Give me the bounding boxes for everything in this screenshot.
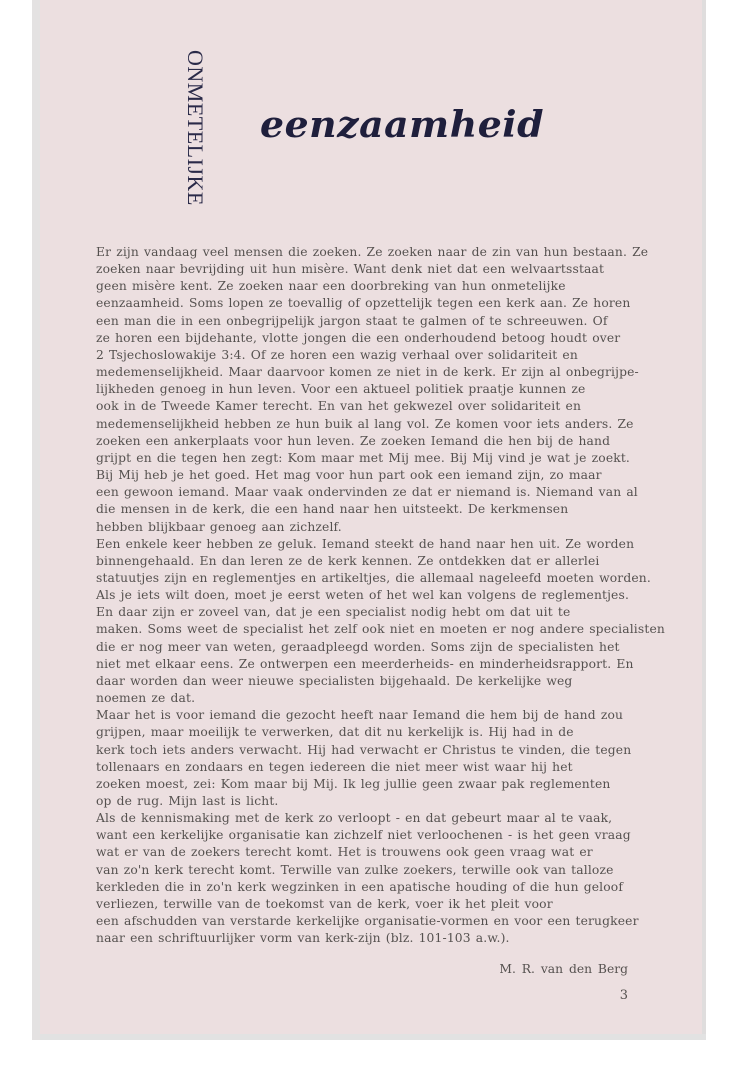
body-line: naar een schriftuurlijker vorm van kerk-… — [96, 930, 696, 947]
body-line: een gewoon iemand. Maar vaak ondervinden… — [96, 484, 696, 501]
document-page: ONMETELIJKE eenzaamheid Er zijn vandaag … — [32, 0, 706, 1040]
body-line: een afschudden van verstarde kerkelijke … — [96, 913, 696, 930]
body-line: van zo'n kerk terecht komt. Terwille van… — [96, 862, 696, 879]
body-line: een man die in een onbegrijpelijk jargon… — [96, 313, 696, 330]
body-line: zoeken naar bevrijding uit hun misère. W… — [96, 261, 696, 278]
author-signature: M. R. van den Berg — [499, 962, 628, 976]
body-line: maken. Soms weet de specialist het zelf … — [96, 621, 696, 638]
body-line: hebben blijkbaar genoeg aan zichzelf. — [96, 519, 696, 536]
body-line: daar worden dan weer nieuwe specialisten… — [96, 673, 696, 690]
body-line: verliezen, terwille van de toekomst van … — [96, 896, 696, 913]
body-line: Een enkele keer hebben ze geluk. Iemand … — [96, 536, 696, 553]
body-line: 2 Tsjechoslowakije 3:4. Of ze horen een … — [96, 347, 696, 364]
body-line: grijpt en die tegen hen zegt: Kom maar m… — [96, 450, 696, 467]
body-line: Er zijn vandaag veel mensen die zoeken. … — [96, 244, 696, 261]
body-line: tollenaars en zondaars en tegen iedereen… — [96, 759, 696, 776]
body-line: binnengehaald. En dan leren ze de kerk k… — [96, 553, 696, 570]
body-line: op de rug. Mijn last is licht. — [96, 793, 696, 810]
body-line: statuutjes zijn en reglementjes en artik… — [96, 570, 696, 587]
body-line: ook in de Tweede Kamer terecht. En van h… — [96, 398, 696, 415]
body-line: En daar zijn er zoveel van, dat je een s… — [96, 604, 696, 621]
body-line: Als je iets wilt doen, moet je eerst wet… — [96, 587, 696, 604]
body-line: niet met elkaar eens. Ze ontwerpen een m… — [96, 656, 696, 673]
body-line: want een kerkelijke organisatie kan zich… — [96, 827, 696, 844]
body-line: Maar het is voor iemand die gezocht heef… — [96, 707, 696, 724]
body-line: eenzaamheid. Soms lopen ze toevallig of … — [96, 295, 696, 312]
body-line: die er nog meer van weten, geraadpleegd … — [96, 639, 696, 656]
body-line: zoeken moest, zei: Kom maar bij Mij. Ik … — [96, 776, 696, 793]
body-line: wat er van de zoekers terecht komt. Het … — [96, 844, 696, 861]
body-line: zoeken een ankerplaats voor hun leven. Z… — [96, 433, 696, 450]
body-line: ze horen een bijdehante, vlotte jongen d… — [96, 330, 696, 347]
side-label: ONMETELIJKE — [182, 50, 208, 206]
body-line: grijpen, maar moeilijk te verwerken, dat… — [96, 724, 696, 741]
page-number: 3 — [620, 988, 628, 1003]
page-title: eenzaamheid — [260, 104, 544, 146]
body-text: Er zijn vandaag veel mensen die zoeken. … — [96, 244, 696, 947]
body-line: medemenselijkheid. Maar daarvoor komen z… — [96, 364, 696, 381]
body-line: Als de kennismaking met de kerk zo verlo… — [96, 810, 696, 827]
body-line: noemen ze dat. — [96, 690, 696, 707]
body-line: medemenselijkheid hebben ze hun buik al … — [96, 416, 696, 433]
body-line: die mensen in de kerk, die een hand naar… — [96, 501, 696, 518]
body-line: kerkleden die in zo'n kerk wegzinken in … — [96, 879, 696, 896]
body-line: Bij Mij heb je het goed. Het mag voor hu… — [96, 467, 696, 484]
body-line: lijkheden genoeg in hun leven. Voor een … — [96, 381, 696, 398]
body-line: kerk toch iets anders verwacht. Hij had … — [96, 742, 696, 759]
body-line: geen misère kent. Ze zoeken naar een doo… — [96, 278, 696, 295]
